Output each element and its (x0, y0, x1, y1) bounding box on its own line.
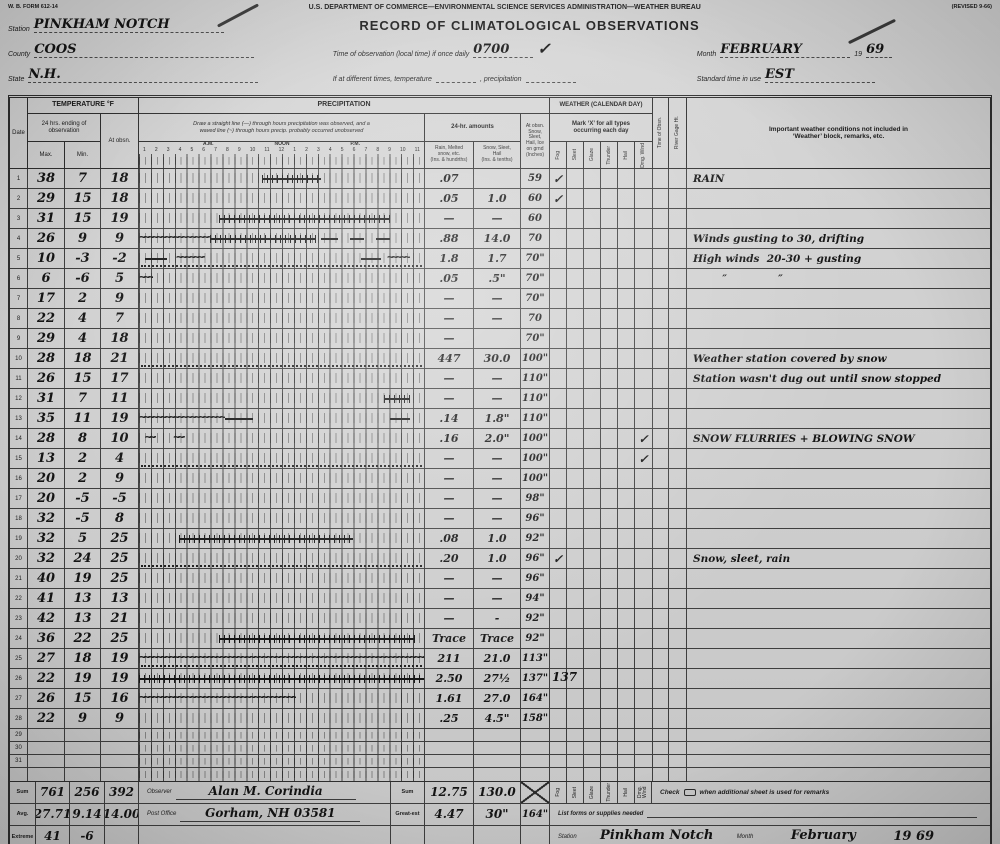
snow-amount-cell: .5" (474, 269, 521, 288)
bottom-year-value: 19 69 (893, 830, 934, 844)
weather-mark-cell (601, 742, 618, 754)
std-time-label: Standard time in use (697, 76, 761, 83)
wx-col-hail: Hail (618, 142, 635, 168)
date-cell: 24 (10, 629, 28, 648)
snow-amount-cell: — (474, 509, 521, 528)
weather-mark-cell: ✓ (635, 429, 653, 448)
precip-line-segment: ~~~~~ (387, 251, 410, 266)
diff-times-label: If at different times, temperature (333, 76, 432, 83)
weather-mark-cell (618, 229, 635, 248)
weather-mark-cell (550, 309, 567, 328)
precip-timeline-cell (139, 329, 425, 348)
weather-mark-cell (550, 249, 567, 268)
weather-mark-cell (601, 349, 618, 368)
precip-timeline-cell (139, 755, 425, 767)
weather-mark-cell (584, 209, 601, 228)
date-cell: 15 (10, 449, 28, 468)
precip-timeline-cell (139, 609, 425, 628)
precip-timeline-cell (139, 629, 425, 648)
avg-row-label: Avg. (10, 804, 36, 826)
greatest-depth-cell: 164" (521, 804, 550, 826)
weather-mark-cell (550, 649, 567, 668)
sum-row-label: Sum (10, 782, 36, 804)
aux-cell (653, 329, 669, 348)
aux-cell (669, 249, 687, 268)
station-label: Station (8, 26, 30, 33)
observation-row: 22411313——94" (10, 589, 990, 609)
weather-mark-cell (618, 409, 635, 428)
precip-line-segment (350, 238, 364, 240)
atobs-temp-cell: 21 (101, 349, 139, 368)
atobs-temp-cell: 19 (101, 409, 139, 428)
precip-line-segment (262, 175, 322, 183)
weather-mark-cell (618, 689, 635, 708)
weather-mark-cell (567, 509, 584, 528)
weather-mark-cell (567, 629, 584, 648)
weather-mark-cell (618, 249, 635, 268)
precip-timeline-cell (139, 509, 425, 528)
state-value: N.H. (28, 67, 258, 83)
snow-column-header: Snow, Sleet, Hail (Ins. & tenths) (474, 142, 521, 168)
weather-mark-cell: ✓ (550, 169, 567, 188)
snow-depth-cell: 70" (521, 289, 550, 308)
weather-mark-cell (635, 742, 653, 754)
weather-mark-cell (601, 669, 618, 688)
precip-line-segment (179, 535, 353, 543)
weather-mark-cell (584, 309, 601, 328)
atobs-temp-cell: 5 (101, 269, 139, 288)
temp-24hr-subheader: 24 hrs. ending of observation (28, 114, 101, 142)
date-cell: 3 (10, 209, 28, 228)
weather-mark-cell: ✓ (550, 189, 567, 208)
weather-mark-cell (584, 189, 601, 208)
weather-mark-cell (584, 269, 601, 288)
aux-cell (653, 429, 669, 448)
weather-mark-cell (550, 689, 567, 708)
weather-mark-cell (618, 609, 635, 628)
weather-mark-cell (584, 549, 601, 568)
bottom-month-value: February (758, 829, 888, 844)
precip-line-segment: ~~~~~~~~~~~~~~~~~~~~ (139, 411, 225, 426)
snow-amount-cell: — (474, 289, 521, 308)
precip-line-segment (219, 215, 390, 223)
aux-cell (653, 409, 669, 428)
atobs-temp-cell: 17 (101, 369, 139, 388)
min-temp-cell (65, 742, 101, 754)
department-title: U.S. DEPARTMENT OF COMMERCE—ENVIRONMENTA… (58, 4, 952, 11)
aux-cell (669, 549, 687, 568)
snow-amount-cell: 1.0 (474, 529, 521, 548)
aux-cell (669, 269, 687, 288)
observation-row: 82247——70 (10, 309, 990, 329)
rain-amount-cell: 2.50 (425, 669, 474, 688)
observation-row: 1720-5-5——98" (10, 489, 990, 509)
remark-cell (687, 689, 990, 708)
remark-cell (687, 389, 990, 408)
max-temp-cell: 31 (28, 209, 65, 228)
month-label: Month (697, 51, 716, 58)
min-temp-cell: 13 (65, 589, 101, 608)
snow-amount-cell: 27.0 (474, 689, 521, 708)
observation-row: 23421321—-92" (10, 609, 990, 629)
date-cell: 9 (10, 329, 28, 348)
min-temp-cell: 18 (65, 349, 101, 368)
wx-col-fog: Fog (550, 142, 567, 168)
aux-cell (653, 509, 669, 528)
weather-mark-cell (567, 189, 584, 208)
weather-mark-cell (601, 449, 618, 468)
max-temp-cell: 20 (28, 489, 65, 508)
precip-timeline-cell (139, 589, 425, 608)
empty-cell (139, 826, 391, 844)
observation-row: 1428810~~~~~~~~.162.0"100"✓SNOW FLURRIES… (10, 429, 990, 449)
rain-amount-cell: — (425, 209, 474, 228)
precip-sum-rain-cell: 12.75 (425, 782, 474, 804)
snow-amount-cell: 21.0 (474, 649, 521, 668)
weather-mark-cell (550, 589, 567, 608)
snow-amount-cell: 1.8" (474, 409, 521, 428)
rain-amount-cell (425, 742, 474, 754)
date-cell: 27 (10, 689, 28, 708)
weather-mark-cell (567, 729, 584, 741)
weather-mark-cell (618, 669, 635, 688)
date-cell: 7 (10, 289, 28, 308)
precip-timeline-cell (139, 389, 425, 408)
weather-mark-cell (618, 709, 635, 728)
rain-amount-cell: .05 (425, 269, 474, 288)
max-temp-cell: 35 (28, 409, 65, 428)
min-temp-cell: 2 (65, 469, 101, 488)
precip-line-segment: ~~~~ (145, 431, 156, 446)
snow-amount-cell: Trace (474, 629, 521, 648)
snow-amount-cell: 1.0 (474, 549, 521, 568)
atobs-temp-cell: 18 (101, 189, 139, 208)
time-of-obsn-column: Time of Obsn. (653, 98, 669, 168)
max-temp-cell: 32 (28, 529, 65, 548)
precip-line-segment: ~~~~ (173, 431, 184, 446)
remark-cell: SNOW FLURRIES + BLOWING SNOW (687, 429, 990, 448)
weather-mark-cell (584, 629, 601, 648)
snow-depth-cell: 100" (521, 349, 550, 368)
observation-row: 25271819~~~~~~~~~~~~~~~~~~~~~~~~~~~~~~~~… (10, 649, 990, 669)
weather-mark-cell (601, 649, 618, 668)
precip-timeline-cell: ~~~~~~~~ (139, 429, 425, 448)
aux-cell (653, 189, 669, 208)
aux-cell (669, 609, 687, 628)
snow-amount-cell: — (474, 209, 521, 228)
weather-mark-cell (601, 329, 618, 348)
observation-row: 11261517——110"Station wasn't dug out unt… (10, 369, 990, 389)
remark-cell (687, 709, 990, 728)
weather-mark-cell (550, 369, 567, 388)
time-obs-checkmark: ✓ (537, 39, 550, 58)
rain-amount-cell: .07 (425, 169, 474, 188)
atobs-temp-cell: 19 (101, 209, 139, 228)
weather-mark-cell (635, 669, 653, 688)
rain-amount-cell: .88 (425, 229, 474, 248)
rain-amount-cell: .16 (425, 429, 474, 448)
weather-mark-cell (567, 469, 584, 488)
max-temp-cell: 26 (28, 229, 65, 248)
weather-mark-cell (618, 449, 635, 468)
weather-mark-cell (550, 269, 567, 288)
aux-cell (669, 169, 687, 188)
max-temp-cell: 22 (28, 669, 65, 688)
weather-mark-cell (567, 569, 584, 588)
precip-timeline-cell (139, 742, 425, 754)
atobs-temp-cell: 19 (101, 649, 139, 668)
precip-line-segment (390, 418, 410, 420)
observation-row: 24362225TraceTrace92" (10, 629, 990, 649)
handwritten-note: 137 (552, 670, 577, 684)
state-label: State (8, 76, 24, 83)
remark-cell: Snow, sleet, rain (687, 549, 990, 568)
county-label: County (8, 51, 30, 58)
date-cell: 29 (10, 729, 28, 741)
min-temp-cell (65, 729, 101, 741)
snow-amount-cell: — (474, 449, 521, 468)
precip-line-segment (376, 238, 390, 240)
weather-mark-cell (635, 369, 653, 388)
aux-cell (669, 689, 687, 708)
rain-amount-cell: — (425, 469, 474, 488)
weather-mark-cell (567, 429, 584, 448)
precip-sum-label: Sum (391, 782, 425, 804)
snow-depth-cell: 100" (521, 429, 550, 448)
date-cell: 21 (10, 569, 28, 588)
snow-amount-cell: — (474, 389, 521, 408)
atobs-temp-cell: 18 (101, 169, 139, 188)
aux-cell (653, 229, 669, 248)
date-cell: 14 (10, 429, 28, 448)
time-obs-label: Time of observation (local time) if once… (333, 51, 470, 58)
precip-timeline-cell (139, 349, 425, 368)
snow-depth-cell: 96" (521, 549, 550, 568)
aux-cell (653, 609, 669, 628)
bottom-station-value: Pinkham Notch (582, 829, 732, 844)
snow-depth-cell: 70 (521, 229, 550, 248)
weather-mark-cell (550, 529, 567, 548)
aux-cell (669, 729, 687, 741)
observation-row: 20322425.201.096"✓Snow, sleet, rain (10, 549, 990, 569)
observer-value: Alan M. Corindia (176, 785, 356, 799)
remark-cell (687, 309, 990, 328)
aux-cell (669, 509, 687, 528)
weather-mark-cell (550, 629, 567, 648)
observation-row: 29 (10, 729, 990, 742)
rain-amount-cell: — (425, 369, 474, 388)
remark-cell (687, 742, 990, 754)
snow-depth-cell: 100" (521, 469, 550, 488)
rain-amount-cell: — (425, 589, 474, 608)
rain-amount-cell: 447 (425, 349, 474, 368)
weather-mark-cell (584, 589, 601, 608)
weather-mark-cell (584, 229, 601, 248)
min-temp-cell: 24 (65, 549, 101, 568)
weather-mark-cell (601, 309, 618, 328)
min-temp-cell: -6 (65, 269, 101, 288)
weather-mark-cell (601, 409, 618, 428)
wx-col-glaze: Glaze (584, 142, 601, 168)
date-cell: 1 (10, 169, 28, 188)
precip-instructions: Draw a straight line (—) through hours p… (139, 114, 425, 142)
precip-timeline-cell (139, 709, 425, 728)
precip-timeline-cell (139, 549, 425, 568)
aux-cell (653, 669, 669, 688)
snow-depth-cell: 110" (521, 409, 550, 428)
weather-mark-cell (635, 729, 653, 741)
observation-row: 1028182144730.0100"Weather station cover… (10, 349, 990, 369)
weather-mark-cell (601, 209, 618, 228)
aux-cell (653, 449, 669, 468)
precip-line-segment: ~~~~~~~~~~~~~~~~~~~~~~~~~~~~~~~~~~~~~ (139, 691, 296, 706)
weather-mark-cell (567, 489, 584, 508)
weather-mark-cell (635, 249, 653, 268)
observation-row: 27261516~~~~~~~~~~~~~~~~~~~~~~~~~~~~~~~~… (10, 689, 990, 709)
snow-depth-cell: 70 (521, 309, 550, 328)
snow-depth-cell (521, 742, 550, 754)
bottom-station-label: Station (558, 834, 577, 841)
weather-mark-cell (584, 669, 601, 688)
weather-mark-cell (618, 742, 635, 754)
observation-row: 3311519——60 (10, 209, 990, 229)
aux-cell (653, 742, 669, 754)
snow-depth-cell: 59 (521, 169, 550, 188)
min-temp-cell: -5 (65, 509, 101, 528)
table-header: Date TEMPERATURE °F 24 hrs. ending of ob… (10, 98, 990, 169)
precip-timeline-cell (139, 489, 425, 508)
precip-timeline-cell: ~~~~~~~~~~~~~~~~~~~~ (139, 409, 425, 428)
rain-amount-cell: — (425, 489, 474, 508)
observation-row: 66-65~~~~.05.5"70" ″ ″ (10, 269, 990, 289)
observer-field: Observer Alan M. Corindia (139, 782, 391, 804)
snow-depth-cell: 92" (521, 609, 550, 628)
date-cell: 4 (10, 229, 28, 248)
aux-cell (653, 709, 669, 728)
weather-mark-cell (550, 429, 567, 448)
weather-mark-cell (601, 469, 618, 488)
weather-mark-cell (618, 755, 635, 767)
min-temp-cell: 8 (65, 429, 101, 448)
aux-cell (653, 289, 669, 308)
amounts-header: 24-hr. amounts (425, 114, 521, 142)
precip-timeline-cell (139, 309, 425, 328)
weather-mark-cell (550, 755, 567, 767)
weather-mark-cell (550, 569, 567, 588)
max-temp-cell: 10 (28, 249, 65, 268)
weather-mark-cell (618, 589, 635, 608)
snow-amount-cell: — (474, 569, 521, 588)
aux-cell (653, 649, 669, 668)
atobs-temp-cell: 18 (101, 329, 139, 348)
aux-cell (669, 629, 687, 648)
weather-mark-cell (584, 729, 601, 741)
max-temp-cell: 13 (28, 449, 65, 468)
aux-cell (669, 755, 687, 767)
precip-timeline-cell (139, 209, 425, 228)
atobs-temp-cell: 10 (101, 429, 139, 448)
observation-row: 71729——70" (10, 289, 990, 309)
min-temp-cell: 7 (65, 169, 101, 188)
weather-mark-cell (567, 589, 584, 608)
snow-depth-cell: 92" (521, 629, 550, 648)
min-temp-cell: 19 (65, 669, 101, 688)
weather-mark-cell (584, 409, 601, 428)
atobs-temp-cell: 9 (101, 709, 139, 728)
precip-timeline-cell: ~~~~~~~~~~~~~~~~~ (139, 229, 425, 248)
weather-mark-cell (635, 569, 653, 588)
date-column-header: Date (10, 98, 28, 168)
aux-cell (653, 489, 669, 508)
weather-mark-cell (601, 689, 618, 708)
min-temp-cell: 13 (65, 609, 101, 628)
date-cell: 19 (10, 529, 28, 548)
snow-depth-cell: 164" (521, 689, 550, 708)
min-temp-cell: 9 (65, 229, 101, 248)
date-cell: 18 (10, 509, 28, 528)
remark-cell: High winds 20-30 + gusting (687, 249, 990, 268)
weather-mark-cell: 137 (550, 669, 567, 688)
snow-depth-cell: 137" (521, 669, 550, 688)
precip-field-label: , precipitation (480, 76, 522, 83)
weather-mark-cell (635, 549, 653, 568)
max-temp-cell: 6 (28, 269, 65, 288)
snow-depth-cell: 70" (521, 249, 550, 268)
weather-mark-cell (567, 549, 584, 568)
weather-mark-cell (618, 629, 635, 648)
max-temp-cell: 40 (28, 569, 65, 588)
rain-amount-cell (425, 755, 474, 767)
aux-cell (653, 549, 669, 568)
weather-mark-cell (584, 289, 601, 308)
weather-mark-cell (635, 409, 653, 428)
snow-amount-cell: 1.7 (474, 249, 521, 268)
weather-mark-cell (635, 209, 653, 228)
max-temp-cell: 41 (28, 589, 65, 608)
rain-amount-cell: .20 (425, 549, 474, 568)
weather-mark-cell (635, 629, 653, 648)
max-temp-cell: 32 (28, 509, 65, 528)
bottom-month-label: Month (737, 834, 754, 841)
crossed-out-cell (521, 782, 550, 804)
remark-cell: Station wasn't dug out until snow stoppe… (687, 369, 990, 388)
date-cell: 26 (10, 669, 28, 688)
max-header: Max. (28, 142, 65, 168)
weather-mark-cell (601, 589, 618, 608)
snow-depth-cell: 60 (521, 209, 550, 228)
weather-mark-cell (635, 309, 653, 328)
aux-cell (653, 569, 669, 588)
aux-cell (669, 349, 687, 368)
avg-atobs-cell: 14.00 (105, 804, 139, 826)
weather-mark-cell (618, 429, 635, 448)
date-cell: 10 (10, 349, 28, 368)
greatest-rain-cell: 4.47 (425, 804, 474, 826)
remark-cell (687, 649, 990, 668)
weather-mark-cell (550, 742, 567, 754)
snow-amount-cell: — (474, 589, 521, 608)
weather-mark-cell (567, 689, 584, 708)
remark-cell (687, 469, 990, 488)
observation-row: 929418—70" (10, 329, 990, 349)
snow-depth-cell: 113" (521, 649, 550, 668)
weather-mark-cell (567, 409, 584, 428)
max-temp-cell: 28 (28, 349, 65, 368)
weather-mark-cell (635, 169, 653, 188)
atobs-temp-cell: 16 (101, 689, 139, 708)
precip-line-segment: ~~~~~~~ (176, 251, 205, 266)
rain-amount-cell: Trace (425, 629, 474, 648)
